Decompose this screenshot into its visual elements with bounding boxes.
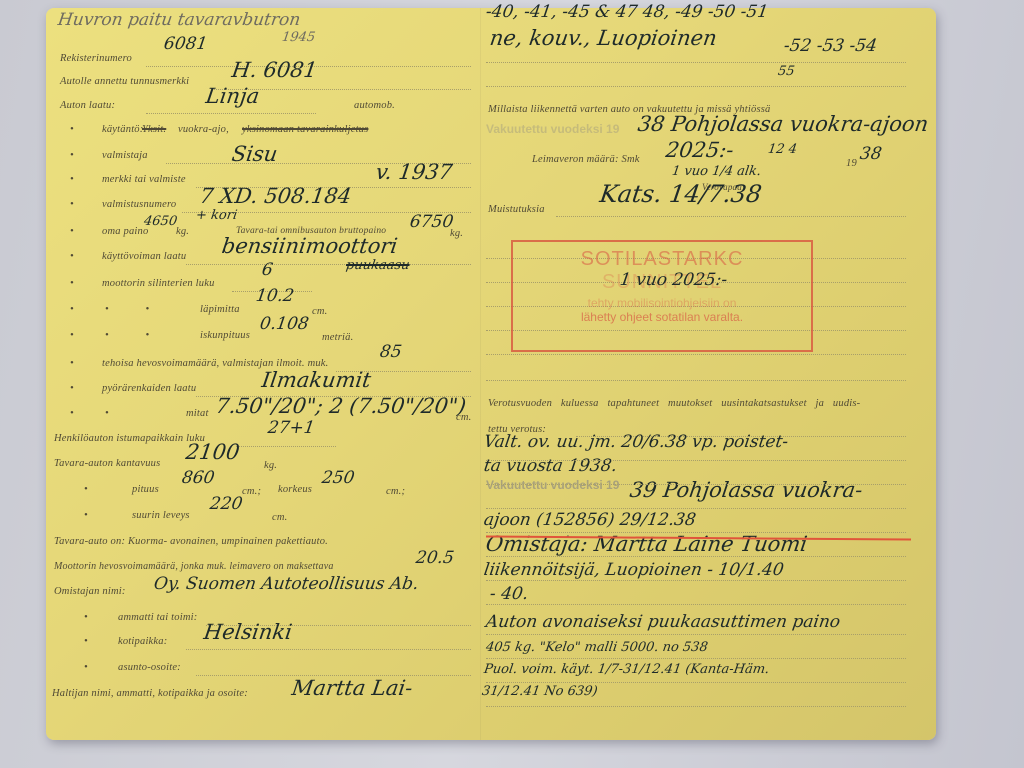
plate-value: H. 6081 (230, 58, 318, 82)
column-divider (480, 8, 481, 740)
fuel-label: käyttövoiman laatu (102, 251, 186, 262)
changes-line: 405 kg. "Kelo" malli 5000. no 538 (485, 640, 709, 655)
insurance-stamp: Vakuutettu vuodeksi 19 (486, 122, 619, 136)
stamp-duty-date: 12 4 (767, 142, 798, 157)
stamp-duty-year: 38 (859, 144, 883, 164)
height-label: korkeus (278, 484, 312, 495)
insurance-value: 38 Pohjolassa vuokra-ajoon (636, 112, 930, 136)
bore-value: 10.2 (255, 286, 296, 306)
stamp-line-4: lähetty ohjeet sotatilan varalta. (513, 310, 811, 324)
holder-continued: ne, kouv., Luopioinen (488, 26, 718, 50)
stamp-duty-year-prefix: 19 (846, 158, 857, 169)
tyre-size-label: mitat (186, 408, 209, 419)
dotted-line (186, 264, 471, 265)
usage-option-private: Yksit. (142, 124, 166, 135)
gross-weight-unit: kg. (450, 228, 463, 239)
weight-insert: + kori (195, 208, 238, 223)
make-year: v. 1937 (374, 160, 454, 184)
years-line-2: -52 -53 -54 (783, 36, 879, 56)
serial-value: 7 XD. 508.184 (198, 184, 353, 208)
dotted-line (486, 706, 906, 707)
owner-value: Oy. Suomen Autoteollisuus Ab. (153, 574, 420, 594)
dotted-line (236, 446, 336, 447)
top-pencil-note: Huvron paitu tavaravbutron (57, 10, 302, 30)
gross-weight-value: 6750 (409, 212, 455, 232)
tyres-value: Ilmakumit (260, 368, 372, 392)
dotted-line (486, 580, 906, 581)
dotted-line (146, 113, 316, 114)
stamp-duty-note: 1 vuo 1/4 alk. (671, 164, 762, 179)
changes-line: liikennöitsijä, Luopioinen - 10/1.40 (483, 560, 785, 580)
military-inspection-stamp: SOTILASTARKC SUNNITTEL tehty mobilisoint… (511, 240, 813, 352)
capacity-value: 2100 (184, 440, 241, 464)
dotted-line (486, 354, 906, 355)
dotted-line (486, 86, 906, 87)
cylinders-value: 6 (261, 260, 275, 280)
dotted-line (486, 532, 906, 533)
holder-label: Haltijan nimi, ammatti, kotipaikka ja os… (52, 688, 248, 699)
car-type-suffix: automob. (354, 100, 395, 111)
changes-line: ta vuosta 1938. (483, 456, 619, 476)
changes-line: ajoon (152856) 29/12.38 (483, 510, 698, 530)
registration-number-label: Rekisterinumero (60, 53, 132, 64)
manufacturer-label: valmistaja (102, 150, 148, 161)
tyres-label: pyörärenkaiden laatu (102, 383, 196, 394)
bore-label: läpimitta (200, 304, 240, 315)
usage-label: käytäntö: (102, 124, 143, 135)
horsepower-value: 85 (379, 342, 403, 362)
owner-label: Omistajan nimi: (54, 586, 126, 597)
truck-type-label: Tavara-auto on: Kuorma- avonainen, umpin… (54, 536, 328, 547)
tax-hp-label: Moottorin hevosvoimamäärä, jonka muk. le… (54, 561, 334, 572)
width-value: 220 (209, 494, 244, 514)
make-value: Sisu (230, 142, 279, 166)
car-type-value: Linja (204, 84, 261, 108)
weight-label: oma paino (102, 226, 148, 237)
length-label: pituus (132, 484, 159, 495)
tyre-size-value: 7.50"/20"; 2 (7.50"/20") (214, 394, 467, 418)
capacity-label: Tavara-auton kantavuus (54, 458, 160, 469)
length-value: 860 (181, 468, 216, 488)
seats-value: 27+1 (267, 418, 317, 438)
stroke-label: iskunpituus (200, 330, 250, 341)
dotted-line (486, 484, 906, 485)
dotted-line (486, 634, 906, 635)
capacity-unit: kg. (264, 460, 277, 471)
changes-line: 31/12.41 No 639) (481, 684, 599, 699)
holder-value: Martta Lai- (290, 676, 414, 700)
height-unit: cm.; (386, 486, 405, 497)
dotted-line (486, 508, 906, 509)
registration-number-value: 6081 (163, 34, 209, 54)
bore-unit: cm. (312, 306, 327, 317)
length-unit: cm.; (242, 486, 261, 497)
stamp-line-1: SOTILASTARKC (513, 248, 811, 271)
domicile-label: kotipaikka: (118, 636, 167, 647)
seats-label: Henkilöauton istumapaikkain luku (54, 433, 205, 444)
dotted-line (486, 380, 906, 381)
dotted-line (486, 604, 906, 605)
dotted-line (486, 62, 906, 63)
changes-line: Valt. ov. uu. jm. 20/6.38 vp. poistet- (483, 432, 790, 452)
dotted-line (556, 216, 906, 217)
weight-value: 4650 (143, 214, 178, 229)
serial-label: valmistusnumero (102, 199, 176, 210)
weight-unit: kg. (176, 226, 189, 237)
height-value: 250 (321, 468, 356, 488)
dotted-line (186, 649, 471, 650)
stamp-handwritten-amount: 1 vuo 2025:- (619, 270, 729, 290)
stroke-unit: metriä. (322, 332, 353, 343)
dotted-line (486, 658, 906, 659)
usage-option-freight: yksinomaan tavarainkuljetus (242, 124, 368, 135)
make-label: merkki tai valmiste (102, 174, 186, 185)
usage-option-rental: vuokra-ajo, (178, 124, 229, 135)
years-line: -40, -41, -45 & 47 48, -49 -50 -51 (485, 2, 770, 22)
changes-stamp: Vakuutettu vuodeksi 19 (486, 478, 619, 492)
cylinders-label: moottorin silinterien luku (102, 278, 215, 289)
changes-line: Auton avonaiseksi puukaasuttimen paino (485, 612, 842, 632)
top-pencil-year: 1945 (281, 30, 316, 45)
dotted-line (486, 682, 906, 683)
changes-line: 39 Pohjolassa vuokra- (628, 478, 864, 502)
remarks-value: Kats. 14/7.38 (598, 180, 763, 208)
plate-label: Autolle annettu tunnusmerkki (60, 76, 189, 87)
stamp-duty-label: Leimaveron määrä: Smk (532, 154, 640, 165)
registration-card: Huvron paitu tavaravbutron 1945 Rekister… (46, 8, 936, 740)
tyre-size-unit: cm. (456, 412, 471, 423)
address-label: asunto-osoite: (118, 662, 181, 673)
domicile-value: Helsinki (202, 620, 293, 644)
stroke-value: 0.108 (259, 314, 310, 334)
width-unit: cm. (272, 512, 287, 523)
remarks-label: Muistutuksia (488, 204, 545, 215)
stamp-duty-value: 2025:- (664, 138, 735, 162)
changes-line: Puol. voim. käyt. 1/7-31/12.41 (Kanta-Hä… (483, 662, 770, 677)
changes-label-1: Verotusvuoden kuluessa tapahtuneet muuto… (488, 398, 860, 409)
occupation-label: ammatti tai toimi: (118, 612, 197, 623)
dotted-line (486, 556, 906, 557)
fuel-struck-value: puukaasu (345, 258, 411, 273)
years-line-3: 55 (777, 64, 796, 79)
stamp-line-3: tehty mobilisointiohjeisiin on (513, 296, 811, 310)
car-type-label: Auton laatu: (60, 100, 115, 111)
tax-hp-value: 20.5 (415, 548, 456, 568)
changes-line: - 40. (489, 584, 530, 604)
dotted-line (486, 460, 906, 461)
width-label: suurin leveys (132, 510, 190, 521)
fuel-value: bensiinimoottori (220, 234, 399, 258)
